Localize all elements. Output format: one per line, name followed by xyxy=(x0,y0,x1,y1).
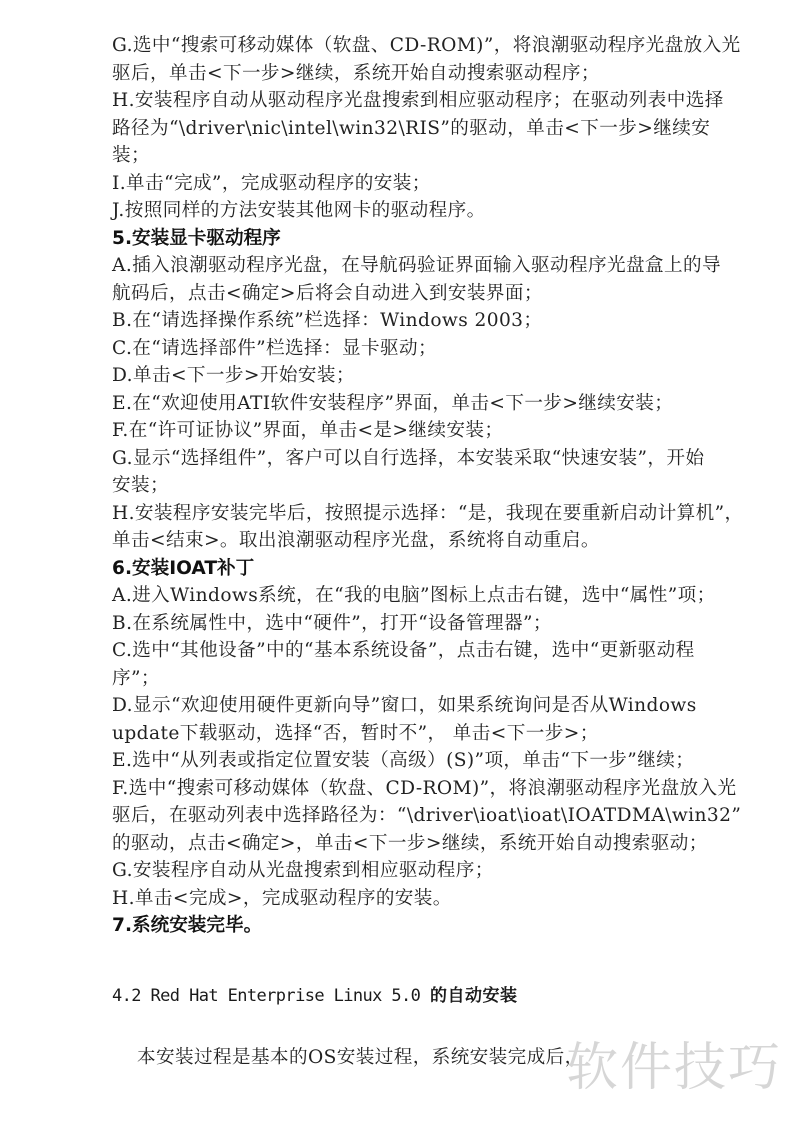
section-heading: 5.安装显卡驱动程序 xyxy=(112,225,700,253)
step-line: C.选中“其他设备”中的“基本系统设备”，点击右键，选中“更新驱动程 xyxy=(112,637,700,665)
step-line: G.安装程序自动从光盘搜索到相应驱动程序； xyxy=(112,857,700,885)
step-line: E.在“欢迎使用ATI软件安装程序”界面，单击<下一步>继续安装； xyxy=(112,390,700,418)
section-heading: 7.系统安装完毕。 xyxy=(112,912,700,940)
section-heading: 6.安装IOAT补丁 xyxy=(112,555,700,583)
subsection-title-latin: 4.2 Red Hat Enterprise Linux 5.0 xyxy=(112,986,430,1006)
subsection-title-cjk: 的自动安装 xyxy=(430,986,518,1006)
step-line: 驱后，在驱动列表中选择路径为：“\driver\ioat\ioat\IOATDM… xyxy=(112,802,700,830)
step-line: 单击<结束>。取出浪潮驱动程序光盘，系统将自动重启。 xyxy=(112,527,700,555)
step-line: 路径为“\driver\nic\intel\win32\RIS”的驱动，单击<下… xyxy=(112,115,700,143)
step-line: F.在“许可证协议”界面，单击<是>继续安装； xyxy=(112,417,700,445)
step-line: B.在“请选择操作系统”栏选择：Windows 2003； xyxy=(112,307,700,335)
step-line: A.进入Windows系统，在“我的电脑”图标上点击右键，选中“属性”项； xyxy=(112,582,700,610)
step-line: D.单击<下一步>开始安装； xyxy=(112,362,700,390)
watermark: 软件技巧 xyxy=(566,1036,782,1100)
step-line: 驱后，单击<下一步>继续，系统开始自动搜索驱动程序； xyxy=(112,60,700,88)
step-line: G.显示“选择组件”，客户可以自行选择，本安装采取“快速安装”，开始 xyxy=(112,445,700,473)
step-line: 安装； xyxy=(112,472,700,500)
step-line: D.显示“欢迎使用硬件更新向导”窗口，如果系统询问是否从Windows xyxy=(112,692,700,720)
step-line: B.在系统属性中，选中“硬件”，打开“设备管理器”； xyxy=(112,610,700,638)
step-line: F.选中“搜索可移动媒体（软盘、CD-ROM)”，将浪潮驱动程序光盘放入光 xyxy=(112,775,700,803)
intro-paragraph: 本安装过程是基本的OS安装过程，系统安装完成后， xyxy=(137,1044,584,1072)
step-line: update下载驱动，选择“否，暂时不”， 单击<下一步>； xyxy=(112,720,700,748)
step-line: E.选中“从列表或指定位置安装（高级）(S)”项，单击“下一步”继续； xyxy=(112,747,700,775)
step-line: H.安装程序安装完毕后，按照提示选择：“是，我现在要重新启动计算机”， xyxy=(112,500,700,528)
step-line: I.单击“完成”，完成驱动程序的安装； xyxy=(112,170,700,198)
subsection-title: 4.2 Red Hat Enterprise Linux 5.0 的自动安装 xyxy=(112,982,517,1010)
step-line: H.单击<完成>，完成驱动程序的安装。 xyxy=(112,885,700,913)
step-line: 航码后，点击<确定>后将会自动进入到安装界面； xyxy=(112,280,700,308)
step-line: J.按照同样的方法安装其他网卡的驱动程序。 xyxy=(112,197,700,225)
step-line: 装； xyxy=(112,142,700,170)
step-line: C.在“请选择部件”栏选择：显卡驱动； xyxy=(112,335,700,363)
step-line: 的驱动，点击<确定>，单击<下一步>继续，系统开始自动搜索驱动； xyxy=(112,830,700,858)
step-line: H.安装程序自动从驱动程序光盘搜索到相应驱动程序；在驱动列表中选择 xyxy=(112,87,700,115)
step-line: A.插入浪潮驱动程序光盘，在导航码验证界面输入驱动程序光盘盒上的导 xyxy=(112,252,700,280)
document-body: G.选中“搜索可移动媒体（软盘、CD-ROM)”，将浪潮驱动程序光盘放入光 驱后… xyxy=(112,32,700,940)
step-line: G.选中“搜索可移动媒体（软盘、CD-ROM)”，将浪潮驱动程序光盘放入光 xyxy=(112,32,700,60)
step-line: 序”； xyxy=(112,665,700,693)
